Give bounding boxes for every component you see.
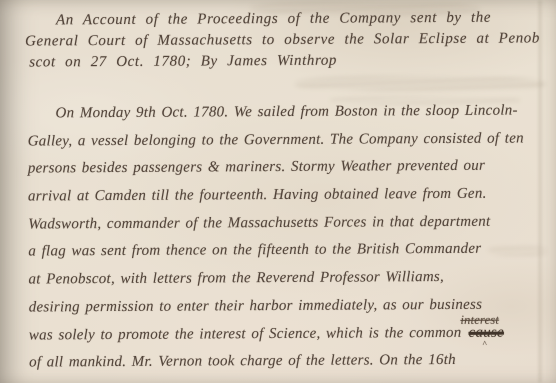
body-line: at Penobscot, with letters from the Reve… bbox=[0, 267, 556, 299]
paper-fold-crease bbox=[537, 0, 543, 383]
manuscript-title: An Account of the Proceedings of the Com… bbox=[0, 8, 556, 75]
manuscript-body: On Monday 9th Oct. 1780. We sailed from … bbox=[0, 101, 556, 382]
body-line: Galley, a vessel belonging to the Govern… bbox=[0, 129, 556, 161]
inline-edit: interest cause ^ bbox=[468, 324, 504, 341]
body-line: of all mankind. Mr. Vernon took charge o… bbox=[1, 350, 556, 382]
title-line: scot on 27 Oct. 1780; By James Winthrop bbox=[0, 50, 556, 75]
handwriting-layer: An Account of the Proceedings of the Com… bbox=[0, 0, 556, 383]
body-line: persons besides passengers & mariners. S… bbox=[0, 157, 556, 189]
body-line: Wadsworth, commander of the Massachusett… bbox=[0, 212, 556, 244]
inserted-word: interest bbox=[460, 312, 499, 327]
body-line: a flag was sent from thence on the fifte… bbox=[0, 240, 556, 272]
insertion-caret: ^ bbox=[483, 338, 488, 348]
body-line: On Monday 9th Oct. 1780. We sailed from … bbox=[0, 101, 556, 133]
body-line-with-edit: was solely to promote the interest of Sc… bbox=[1, 323, 556, 355]
edit-line-prefix: was solely to promote the interest of Sc… bbox=[29, 324, 462, 343]
manuscript-page: An Account of the Proceedings of the Com… bbox=[0, 0, 556, 383]
body-line: arrival at Camden till the fourteenth. H… bbox=[0, 184, 556, 216]
